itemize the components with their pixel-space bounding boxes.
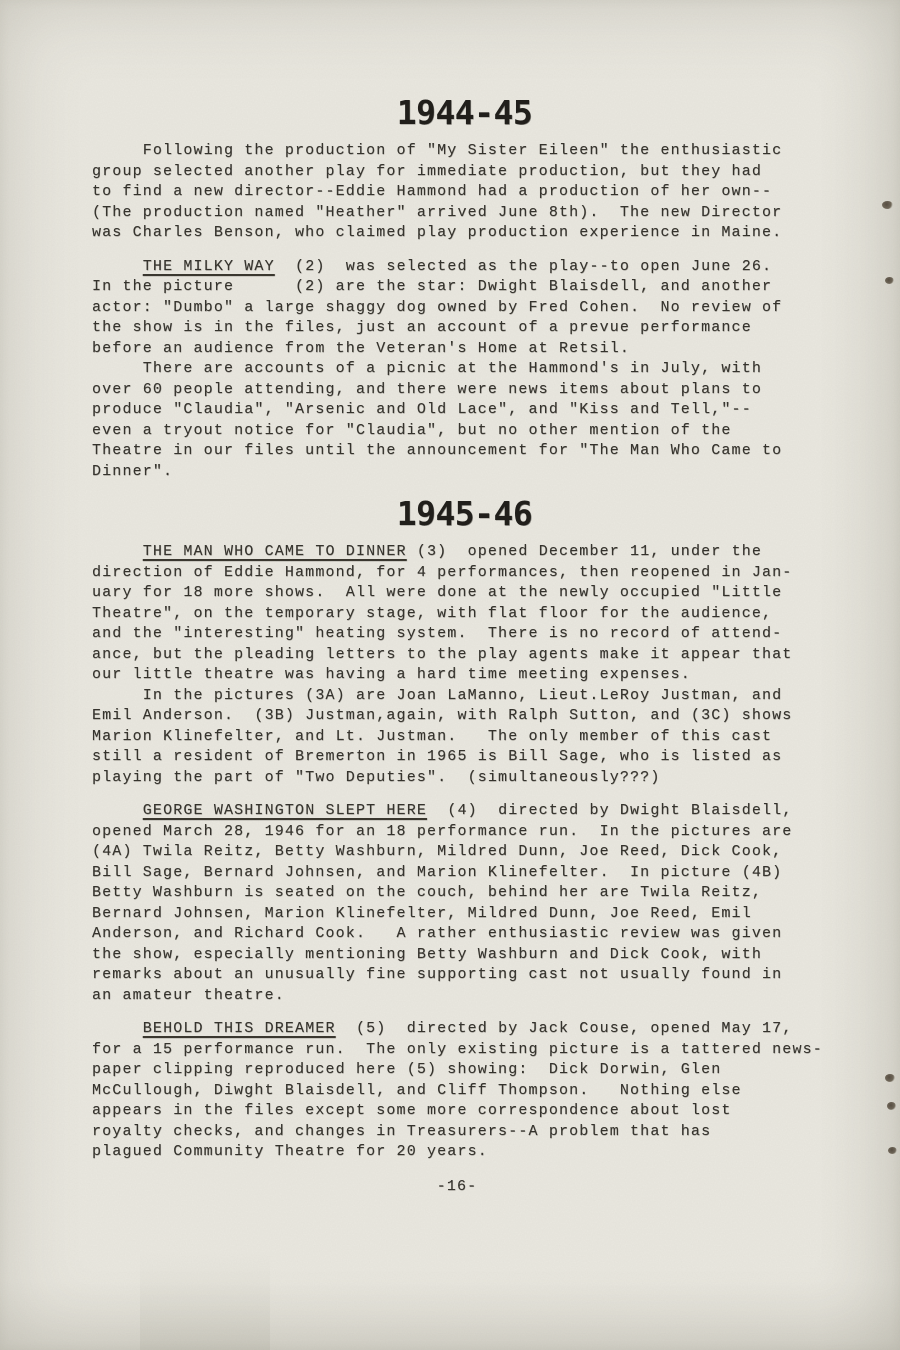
underlined-play-title: BEHOLD THIS DREAMER	[143, 1020, 336, 1037]
section-heading: 1945-46	[92, 497, 837, 531]
paper-speck	[888, 1147, 897, 1154]
paragraph: THE MILKY WAY (2) was selected as the pl…	[92, 257, 837, 483]
paper-speck	[887, 1102, 896, 1110]
text-run	[92, 802, 143, 819]
text-run	[92, 543, 143, 560]
paper-stain	[140, 1250, 270, 1350]
text-run: (4) directed by Dwight Blaisdell, opened…	[92, 802, 792, 1004]
text-run: (2) was selected as the play--to open Ju…	[92, 258, 782, 480]
paper-speck	[885, 1074, 895, 1082]
document-page: 1944-45 Following the production of "My …	[0, 0, 900, 1350]
underlined-play-title: GEORGE WASHINGTON SLEPT HERE	[143, 802, 427, 819]
text-run: (3) opened December 11, under the direct…	[92, 543, 792, 786]
section-heading: 1944-45	[92, 96, 837, 130]
paragraph: THE MAN WHO CAME TO DINNER (3) opened De…	[92, 542, 837, 788]
paper-stain	[0, 1280, 900, 1350]
page-number: -16-	[92, 1178, 822, 1195]
text-run	[92, 1020, 143, 1037]
text-run	[92, 258, 143, 275]
paragraph: BEHOLD THIS DREAMER (5) directed by Jack…	[92, 1019, 837, 1163]
underlined-play-title: THE MAN WHO CAME TO DINNER	[143, 543, 407, 560]
paragraph: Following the production of "My Sister E…	[92, 141, 837, 244]
text-run: Following the production of "My Sister E…	[92, 142, 782, 241]
underlined-play-title: THE MILKY WAY	[143, 258, 275, 275]
document-content: 1944-45 Following the production of "My …	[92, 96, 837, 1163]
paragraph: GEORGE WASHINGTON SLEPT HERE (4) directe…	[92, 801, 837, 1006]
text-run: (5) directed by Jack Couse, opened May 1…	[92, 1020, 823, 1160]
paper-speck	[882, 201, 893, 209]
paper-speck	[885, 277, 894, 284]
